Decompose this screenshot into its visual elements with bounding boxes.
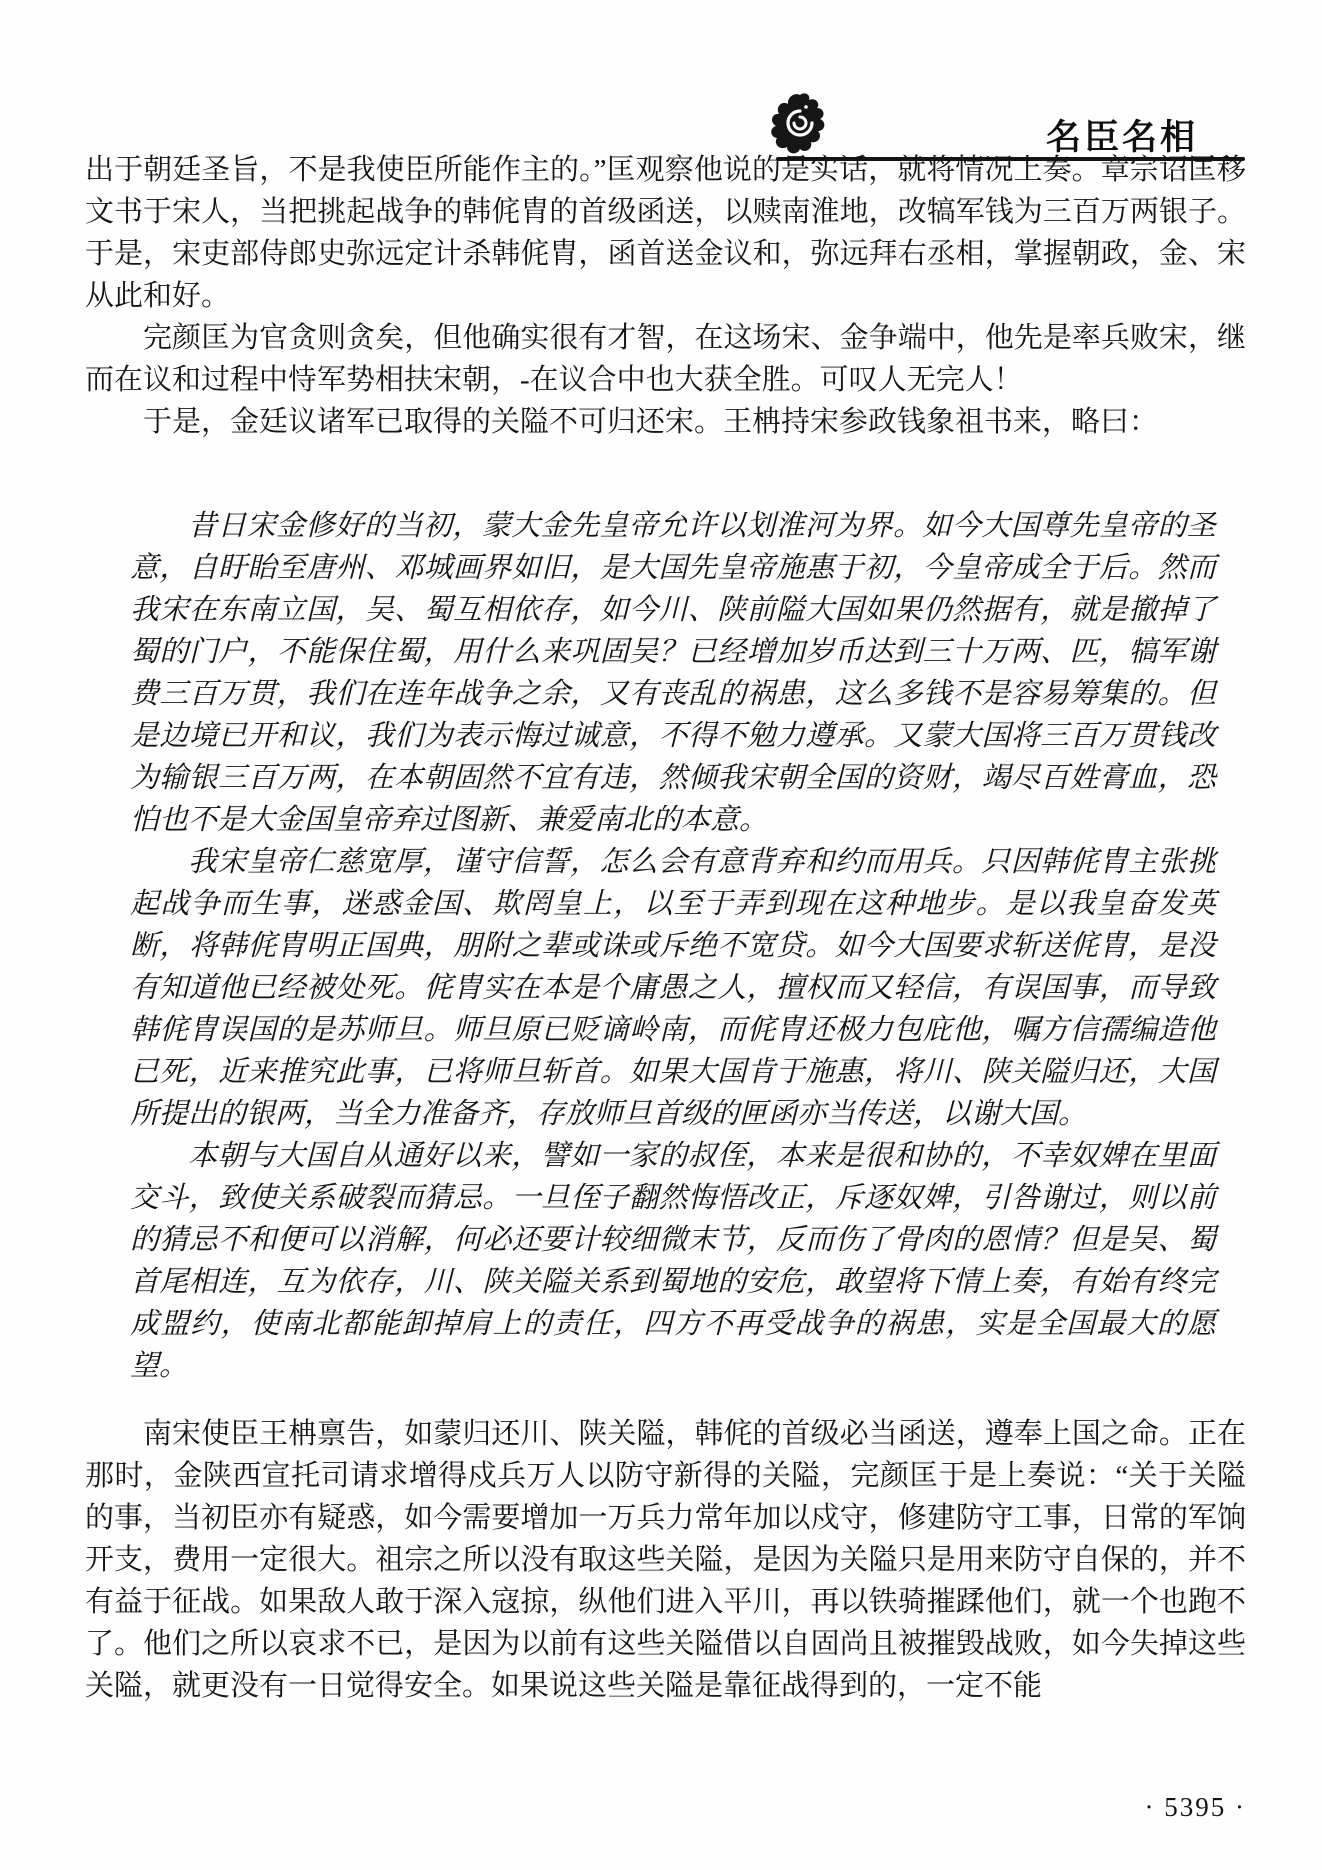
body-paragraph-2: 完颜匡为官贪则贪矣，但他确实很有才智，在这场宋、金争端中，他先是率兵败宋，继而在…: [85, 317, 1246, 401]
page-number: · 5395 ·: [85, 1792, 1246, 1823]
letter-paragraph-3: 本朝与大国自从通好以来，譬如一家的叔侄，本来是很和协的，不幸奴婢在里面交斗，致使…: [130, 1135, 1216, 1387]
letter-paragraph-1: 昔日宋金修好的当初，蒙大金先皇帝允许以划淮河为界。如今大国尊先皇帝的圣意，自盱眙…: [130, 505, 1216, 841]
body-paragraph-1: 出于朝廷圣旨，不是我使臣所能作主的。”匡观察他说的是实话，就将情况上奏。章宗诏匡…: [85, 149, 1246, 317]
page-body: 出于朝廷圣旨，不是我使臣所能作主的。”匡观察他说的是实话，就将情况上奏。章宗诏匡…: [85, 149, 1246, 1707]
quoted-letter-block: 昔日宋金修好的当初，蒙大金先皇帝允许以划淮河为界。如今大国尊先皇帝的圣意，自盱眙…: [130, 505, 1216, 1387]
letter-paragraph-2: 我宋皇帝仁慈宽厚，谨守信誓，怎么会有意背弃和约而用兵。只因韩侂胄主张挑起战争而生…: [130, 841, 1216, 1135]
closing-paragraph-1: 南宋使臣王柟禀告，如蒙归还川、陕关隘，韩侂的首级必当函送，遵奉上国之命。正在那时…: [85, 1413, 1246, 1707]
body-paragraph-3: 于是，金廷议诸军已取得的关隘不可归还宋。王柟持宋参政钱象祖书来，略曰：: [85, 401, 1246, 443]
scanned-book-page: 名臣名相 出于朝廷圣旨，不是我使臣所能作主的。”匡观察他说的是实话，就将情况上奏…: [0, 0, 1322, 1870]
